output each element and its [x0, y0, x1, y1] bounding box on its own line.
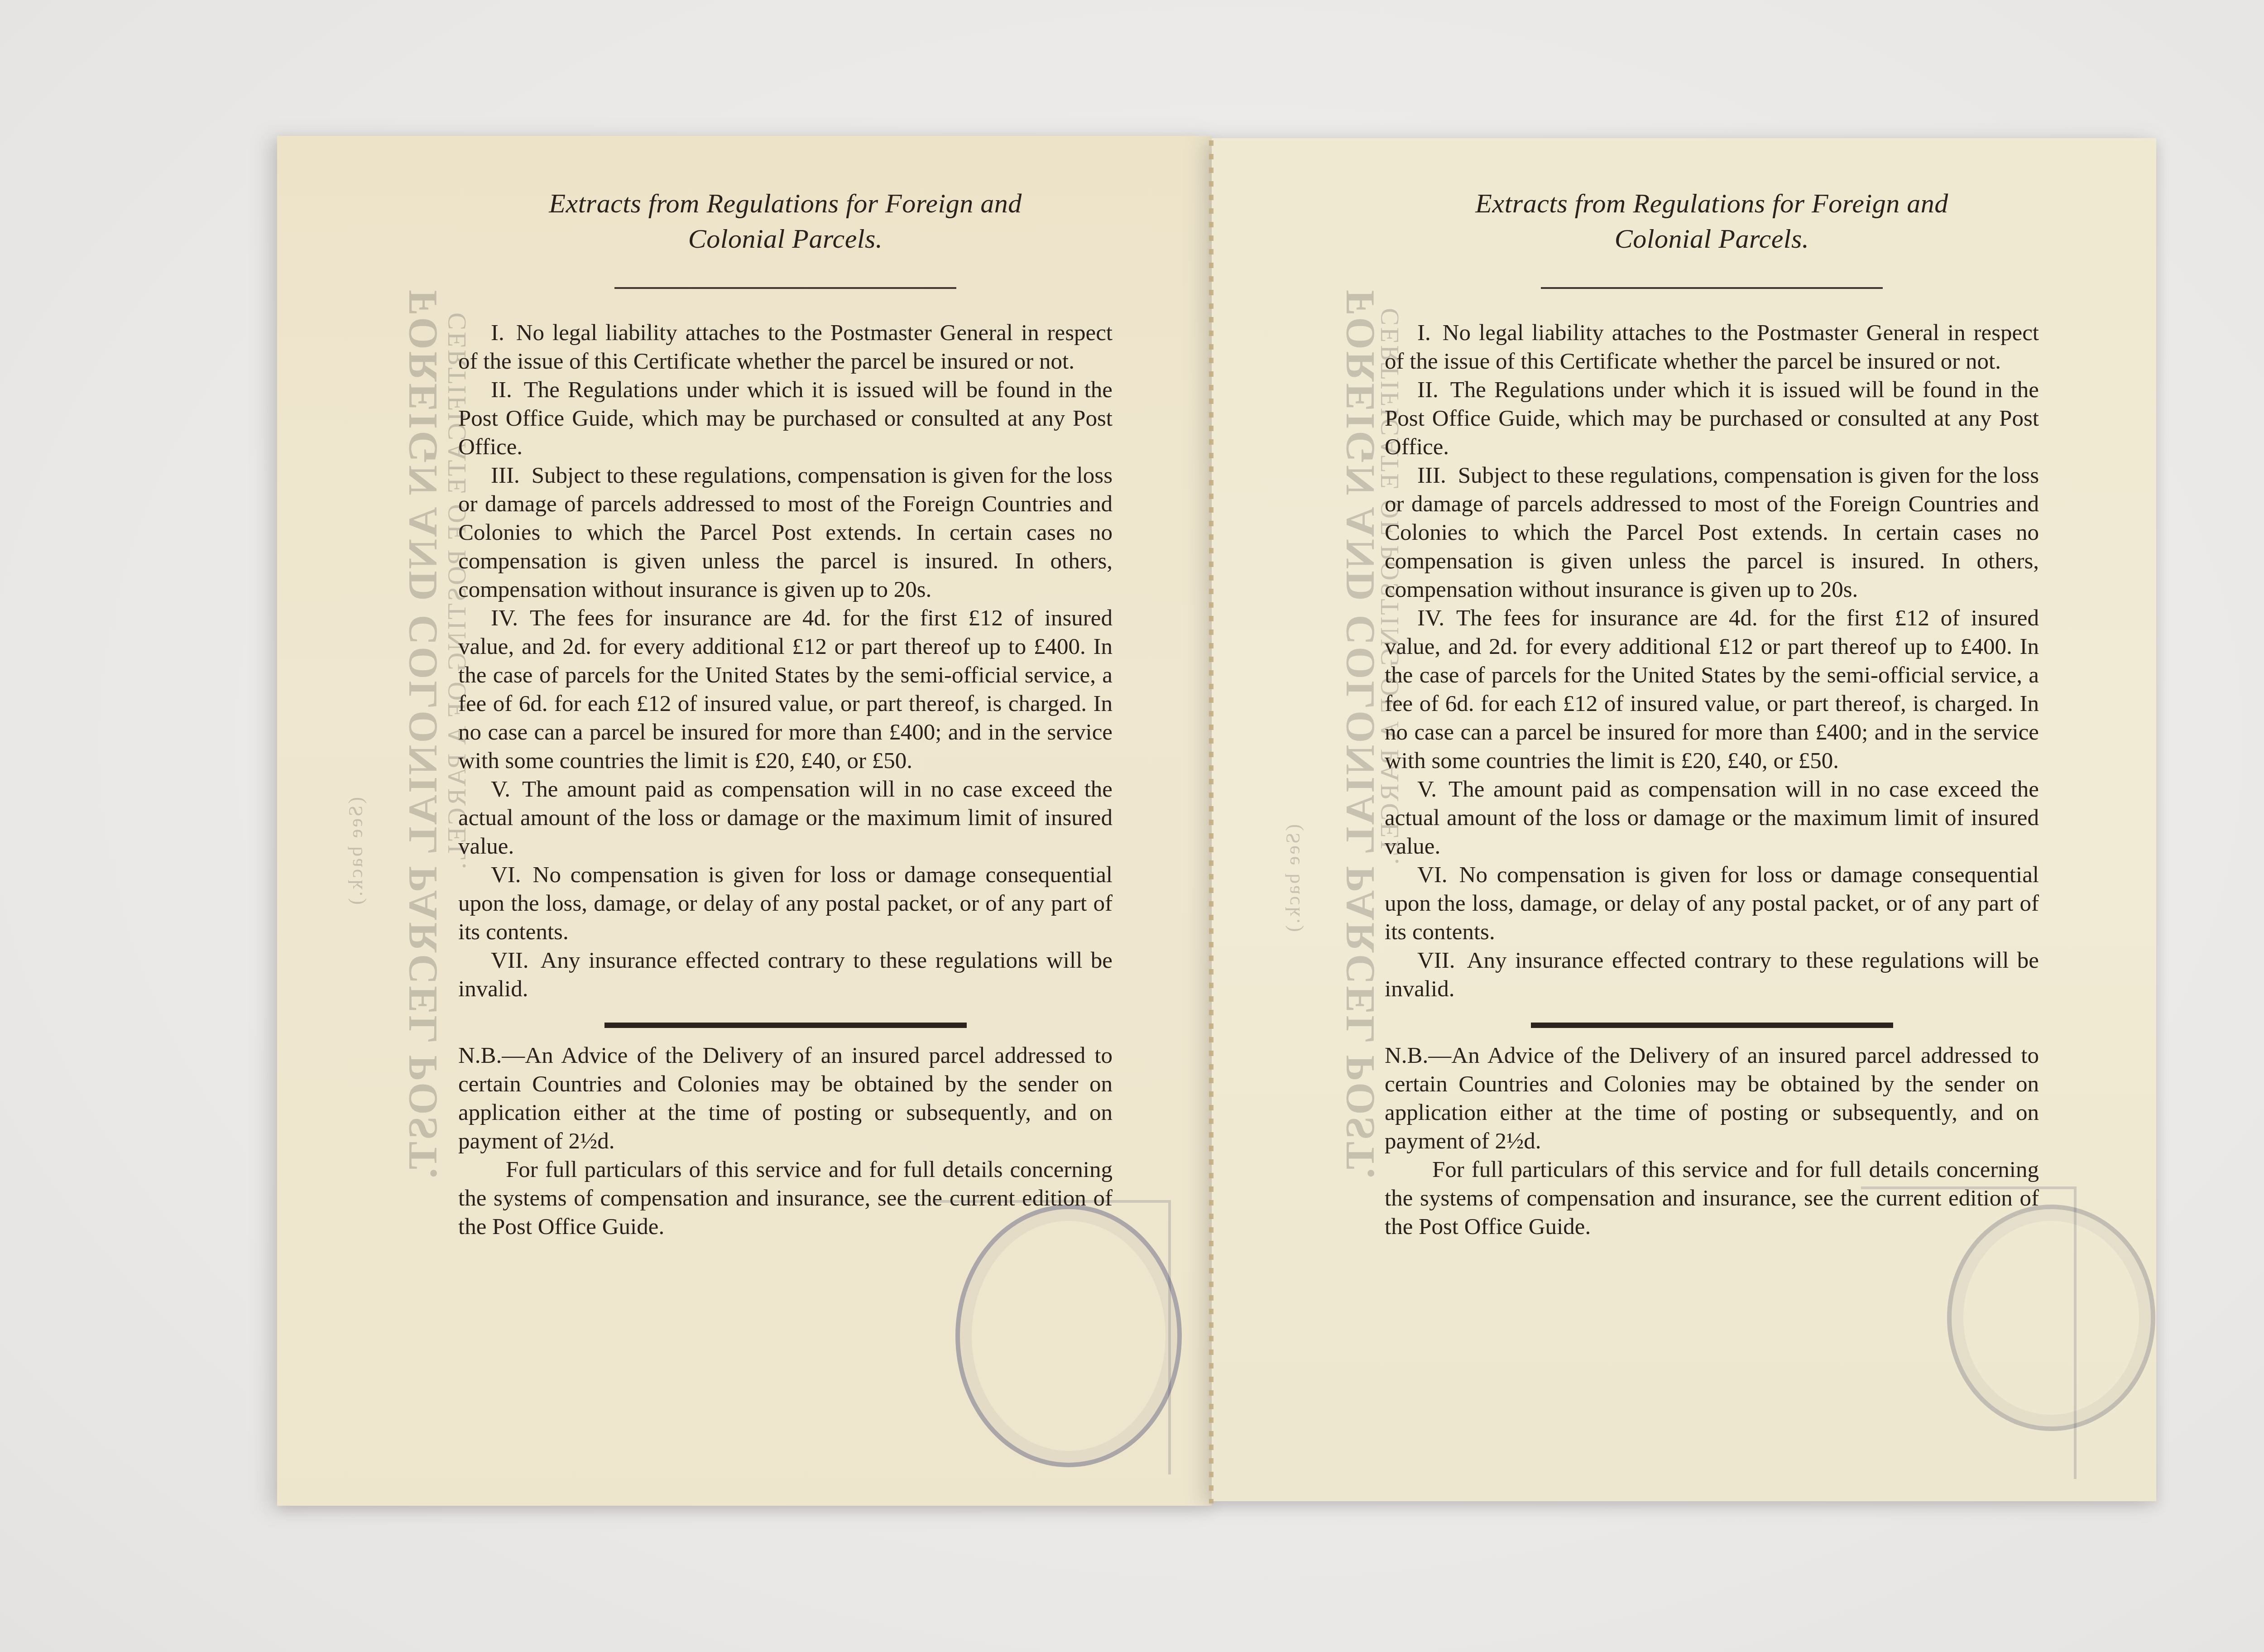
perforation-line	[1209, 140, 1214, 1503]
title-line-2: Colonial Parcels.	[458, 221, 1113, 256]
right-page-text: Extracts from Regulations for Foreign an…	[1385, 186, 2039, 1241]
title-line-1: Extracts from Regulations for Foreign an…	[458, 186, 1113, 221]
regulation-v: V.The amount paid as compensation will i…	[458, 775, 1113, 861]
regulation-iv: IV.The fees for insurance are 4d. for th…	[458, 604, 1113, 775]
regulation-i: I.No legal liability attaches to the Pos…	[1385, 319, 2039, 376]
regulation-text: Any insurance effected contrary to these…	[1385, 948, 2039, 1002]
regulation-number: IV.	[491, 604, 518, 633]
regulation-number: IV.	[1417, 604, 1444, 633]
regulation-text: The amount paid as compensation will in …	[458, 777, 1113, 859]
show-through-see-back: (See back.)	[344, 797, 367, 907]
regulation-v: V.The amount paid as compensation will i…	[1385, 775, 2039, 861]
regulation-ii: II.The Regulations under which it is iss…	[458, 376, 1113, 461]
footer-note: For full particulars of this service and…	[458, 1156, 1113, 1241]
regulation-number: V.	[1417, 775, 1437, 804]
nota-bene: N.B.—An Advice of the Delivery of an ins…	[1385, 1042, 2039, 1156]
regulation-number: II.	[1417, 376, 1439, 404]
left-page-text: Extracts from Regulations for Foreign an…	[458, 186, 1113, 1241]
nota-bene: N.B.—An Advice of the Delivery of an ins…	[458, 1042, 1113, 1156]
regulation-ii: II.The Regulations under which it is iss…	[1385, 376, 2039, 461]
regulation-text: No compensation is given for loss or dam…	[1385, 862, 2039, 945]
regulation-number: I.	[491, 319, 504, 347]
regulation-text: The amount paid as compensation will in …	[1385, 777, 2039, 859]
regulation-number: II.	[491, 376, 512, 404]
title-rule	[614, 287, 956, 289]
regulation-vii: VII.Any insurance effected contrary to t…	[1385, 946, 2039, 1004]
show-through-title: FOREIGN AND COLONIAL PARCEL POST.	[398, 290, 446, 1180]
title-line-2: Colonial Parcels.	[1385, 221, 2039, 256]
regulation-text: Subject to these regulations, compensati…	[1385, 463, 2039, 602]
regulation-number: VI.	[491, 861, 521, 889]
regulation-text: The fees for insurance are 4d. for the f…	[458, 605, 1113, 773]
regulation-text: Subject to these regulations, compensati…	[458, 463, 1113, 602]
regulation-vi: VI.No compensation is given for loss or …	[458, 861, 1113, 946]
regulation-text: No compensation is given for loss or dam…	[458, 862, 1113, 945]
regulation-vii: VII.Any insurance effected contrary to t…	[458, 946, 1113, 1004]
section-rule	[1531, 1023, 1893, 1028]
regulation-text: No legal liability attaches to the Postm…	[458, 320, 1113, 374]
regulation-text: No legal liability attaches to the Postm…	[1385, 320, 2039, 374]
regulation-number: III.	[1417, 461, 1446, 490]
regulation-number: V.	[491, 775, 510, 804]
section-rule	[604, 1023, 967, 1028]
regulation-vi: VI.No compensation is given for loss or …	[1385, 861, 2039, 946]
regulation-number: I.	[1417, 319, 1431, 347]
regulation-text: The Regulations under which it is issued…	[1385, 377, 2039, 460]
page-title: Extracts from Regulations for Foreign an…	[458, 186, 1113, 256]
title-rule	[1541, 287, 1883, 289]
regulation-number: VI.	[1417, 861, 1448, 889]
regulation-text: The Regulations under which it is issued…	[458, 377, 1113, 460]
regulation-iii: III.Subject to these regulations, compen…	[458, 461, 1113, 604]
regulation-number: VII.	[491, 946, 529, 975]
page-title: Extracts from Regulations for Foreign an…	[1385, 186, 2039, 256]
regulation-i: I.No legal liability attaches to the Pos…	[458, 319, 1113, 376]
regulation-number: III.	[491, 461, 520, 490]
title-line-1: Extracts from Regulations for Foreign an…	[1385, 186, 2039, 221]
regulation-text: Any insurance effected contrary to these…	[458, 948, 1113, 1002]
regulation-iv: IV.The fees for insurance are 4d. for th…	[1385, 604, 2039, 775]
regulation-iii: III.Subject to these regulations, compen…	[1385, 461, 2039, 604]
postmark-stamp	[955, 1205, 1182, 1467]
show-through-see-back: (See back.)	[1281, 824, 1305, 934]
footer-note: For full particulars of this service and…	[1385, 1156, 2039, 1241]
regulation-text: The fees for insurance are 4d. for the f…	[1385, 605, 2039, 773]
regulation-number: VII.	[1417, 946, 1455, 975]
